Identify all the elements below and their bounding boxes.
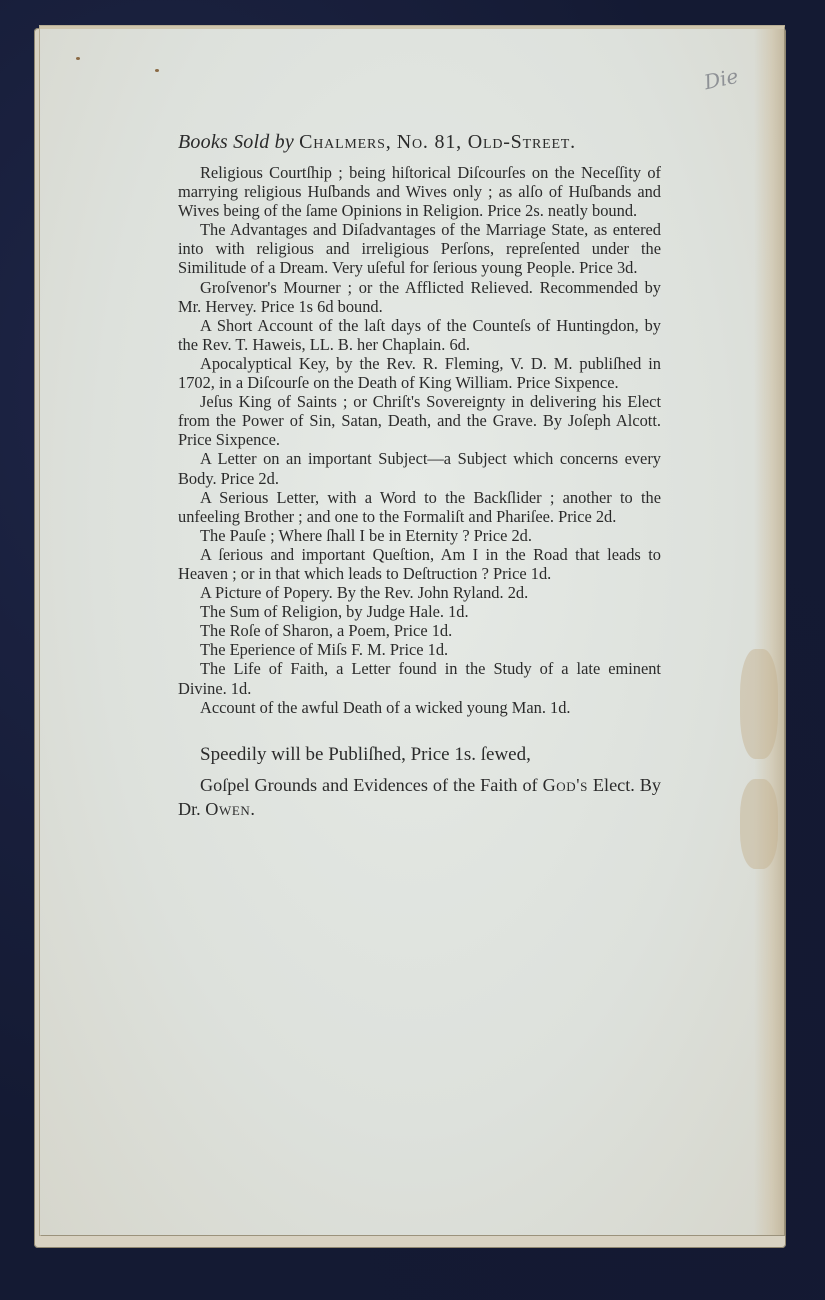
book-entry: A ſerious and important Queſtion, Am I i… (178, 545, 661, 583)
page-header: Books Sold by Chalmers, No. 81, Old-Stre… (178, 129, 661, 155)
forthcoming-notice-heading: Speedily will be Publiſhed, Price 1s. ſe… (178, 743, 661, 767)
book-entry: Apocalyptical Key, by the Rev. R. Flemin… (178, 354, 661, 392)
edge-stain (754, 29, 784, 1235)
paper-speck (76, 57, 80, 60)
book-entry: A Letter on an important Subject—a Subje… (178, 449, 661, 487)
forthcoming-author: Owen. (205, 799, 255, 819)
header-intro: Books Sold by (178, 131, 294, 153)
document-page: Die Books Sold by Chalmers, No. 81, Old-… (40, 26, 784, 1235)
header-address: No. 81, Old-Street. (397, 131, 576, 153)
book-entry: A Short Account of the laſt days of the … (178, 316, 661, 354)
stain-mark (740, 779, 778, 869)
book-entry: The Roſe of Sharon, a Poem, Price 1d. (178, 621, 661, 640)
book-entry: The Pauſe ; Where ſhall I be in Eternity… (178, 526, 661, 545)
book-entry: The Sum of Religion, by Judge Hale. 1d. (178, 602, 661, 621)
book-entry: A Serious Letter, with a Word to the Bac… (178, 488, 661, 526)
paper-speck (155, 69, 159, 72)
text-column: Books Sold by Chalmers, No. 81, Old-Stre… (178, 129, 661, 821)
forthcoming-title: Goſpel Grounds and Evidences of the Fait… (200, 775, 538, 795)
forthcoming-gods: God's (543, 775, 588, 795)
book-entry: A Picture of Popery. By the Rev. John Ry… (178, 583, 661, 602)
header-seller: Chalmers, (299, 131, 391, 153)
forthcoming-notice-body: Goſpel Grounds and Evidences of the Fait… (178, 773, 661, 821)
stain-mark (740, 649, 778, 759)
book-entry: The Advantages and Diſadvantages of the … (178, 220, 661, 277)
book-list: Religious Courtſhip ; being hiſtorical D… (178, 163, 661, 717)
book-entry: Jeſus King of Saints ; or Chriſt's Sover… (178, 392, 661, 449)
book-entry: Account of the awful Death of a wicked y… (178, 698, 661, 717)
book-entry: The Life of Faith, a Letter found in the… (178, 659, 661, 697)
book-entry: Religious Courtſhip ; being hiſtorical D… (178, 163, 661, 220)
margin-pencil-note: Die (702, 64, 741, 95)
book-entry: Groſvenor's Mourner ; or the Afflicted R… (178, 278, 661, 316)
book-entry: The Eperience of Miſs F. M. Price 1d. (178, 640, 661, 659)
